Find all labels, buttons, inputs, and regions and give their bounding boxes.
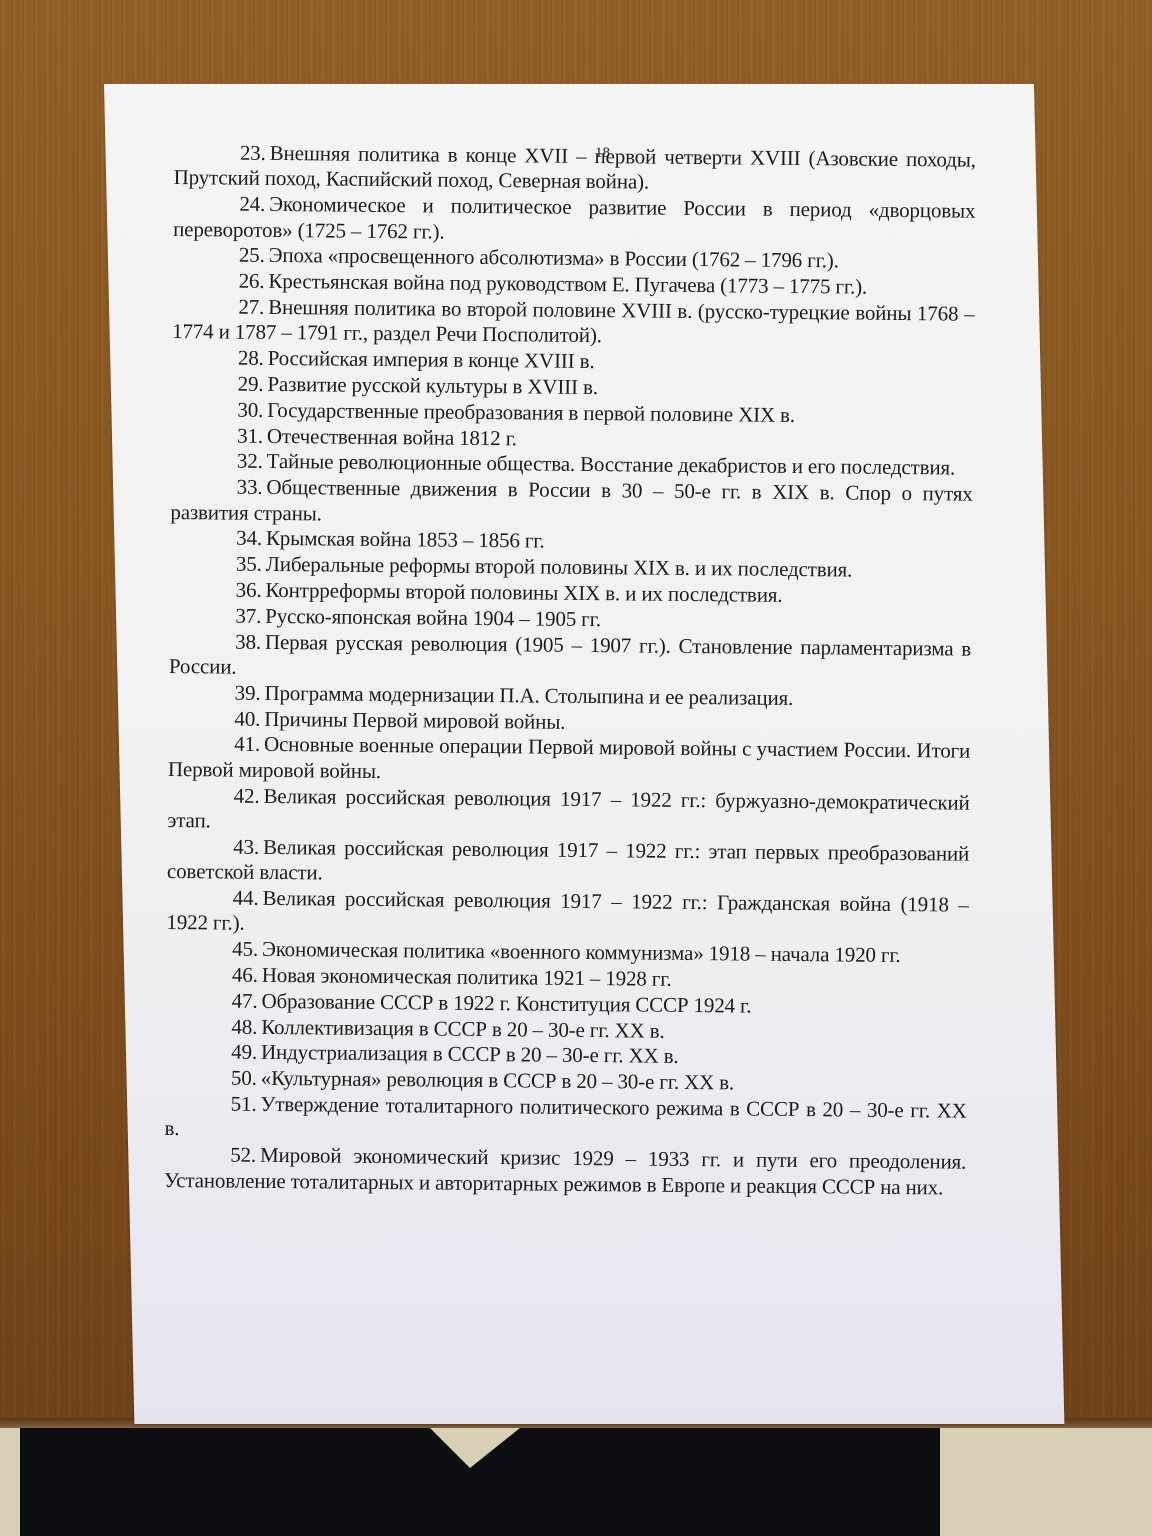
exam-question-list: 23.Внешняя политика в конце XVII – перво… — [164, 140, 976, 1201]
list-item: 51.Утверждение тоталитарного политическо… — [164, 1091, 966, 1150]
list-item: 27.Внешняя политика во второй половине X… — [172, 294, 974, 353]
list-item: 52.Мировой экономический кризис 1929 – 1… — [164, 1142, 966, 1201]
list-item: 42.Великая российская революция 1917 – 1… — [167, 783, 969, 842]
list-item: 43.Великая российская революция 1917 – 1… — [167, 834, 969, 893]
list-item: 33.Общественные движения в России в 30 –… — [170, 474, 972, 533]
list-item: 23.Внешняя политика в конце XVII – перво… — [174, 140, 976, 199]
list-item: 24.Экономическое и политическое развитие… — [173, 191, 975, 250]
list-item: 44.Великая российская революция 1917 – 1… — [166, 885, 968, 944]
list-item: 38.Первая русская революция (1905 – 1907… — [169, 629, 971, 688]
list-item: 41.Основные военные операции Первой миро… — [168, 731, 970, 790]
